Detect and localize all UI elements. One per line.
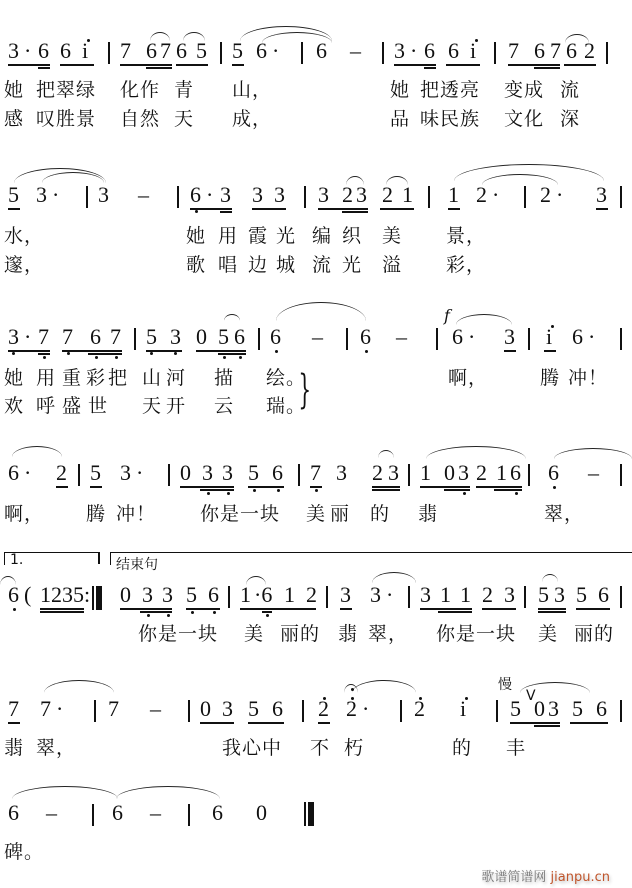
note: 3 xyxy=(394,40,405,62)
lyric: 用 xyxy=(218,226,238,246)
barline xyxy=(496,700,498,722)
underline xyxy=(420,486,470,488)
note: 2 xyxy=(476,184,487,206)
underline xyxy=(248,722,284,724)
dot: · xyxy=(24,40,31,62)
high-dot xyxy=(465,697,468,700)
barline xyxy=(304,186,306,208)
lyric: 水， xyxy=(4,226,44,246)
low-dot xyxy=(266,614,269,617)
dot: · xyxy=(24,326,31,348)
note: 2 xyxy=(482,584,493,606)
barline xyxy=(620,464,622,486)
underline xyxy=(508,64,560,66)
watermark: 歌谱简谱网 jianpu.cn xyxy=(481,866,610,885)
underline xyxy=(576,608,610,610)
note: 0 xyxy=(444,462,455,484)
note: 6 xyxy=(176,40,187,62)
barline xyxy=(177,186,179,208)
lyric: 化作 xyxy=(120,80,160,100)
dot: · xyxy=(556,184,563,206)
note: i xyxy=(470,40,476,62)
lyric: 味民族 xyxy=(420,109,480,129)
lyric: 云 xyxy=(214,396,234,416)
volta-label: 1. xyxy=(10,552,23,568)
lyric: 青 xyxy=(174,80,194,100)
note: 3 xyxy=(356,184,367,206)
dash: – xyxy=(150,802,161,824)
lyric: 翠， xyxy=(544,504,584,524)
low-dot xyxy=(147,614,150,617)
underline xyxy=(120,608,172,610)
underline xyxy=(444,489,470,491)
underline xyxy=(476,486,522,488)
final-barline-thin xyxy=(304,802,306,826)
lyric: 碑。 xyxy=(4,842,44,862)
barline xyxy=(494,42,496,64)
lyric: 邃， xyxy=(4,255,44,275)
ending-label: 结束句 xyxy=(116,554,158,574)
underline xyxy=(146,67,172,69)
lyric: 丰 xyxy=(506,738,526,758)
final-barline-thick xyxy=(308,802,314,826)
note: 6 xyxy=(256,40,267,62)
note: 5 xyxy=(538,584,549,606)
barline xyxy=(524,186,526,208)
rest: 0 xyxy=(256,802,267,824)
note: 6 xyxy=(566,40,577,62)
high-dot xyxy=(87,39,90,42)
underline xyxy=(340,608,352,610)
slur xyxy=(224,314,240,321)
lyric: 丽的 xyxy=(280,624,320,644)
underline xyxy=(240,608,316,610)
note: 3 xyxy=(252,184,263,206)
note: 2 xyxy=(540,184,551,206)
note: 0 xyxy=(180,462,191,484)
underline xyxy=(538,608,566,610)
note: 7 xyxy=(310,462,321,484)
underline xyxy=(318,722,330,724)
underline xyxy=(448,208,460,210)
underline xyxy=(248,486,284,488)
underline xyxy=(494,489,522,491)
note: 6 xyxy=(598,584,609,606)
note: 2 xyxy=(346,698,357,720)
lyric: 美 xyxy=(538,624,558,644)
note: 6 xyxy=(234,326,245,348)
note: 6 xyxy=(8,584,19,606)
barline xyxy=(528,464,530,486)
low-dot xyxy=(277,489,280,492)
lyric: 盛 xyxy=(62,396,82,416)
dot: · xyxy=(56,698,63,720)
lyric: 你是一块 xyxy=(138,624,218,644)
note: 5 xyxy=(572,698,583,720)
lyric: 翠， xyxy=(36,738,76,758)
underline xyxy=(510,722,560,724)
low-dot xyxy=(223,356,226,359)
dash: – xyxy=(150,698,161,720)
dot: · xyxy=(206,184,213,206)
note: 5 xyxy=(90,462,101,484)
lyric: 腾 xyxy=(540,368,560,388)
low-dot xyxy=(95,356,98,359)
note: 3 xyxy=(162,584,173,606)
underline xyxy=(38,67,50,69)
barline xyxy=(408,586,410,608)
slur xyxy=(352,680,416,693)
lyric: 把 xyxy=(108,368,128,388)
dash: – xyxy=(350,40,361,62)
dot: · xyxy=(24,462,31,484)
underline xyxy=(88,353,122,355)
low-dot xyxy=(43,356,46,359)
lyric: 流 xyxy=(312,255,332,275)
watermark-url[interactable]: jianpu.cn xyxy=(551,870,610,885)
note: 3 xyxy=(388,462,399,484)
low-dot xyxy=(315,489,318,492)
barline xyxy=(188,804,190,826)
barline xyxy=(92,804,94,826)
underline xyxy=(564,64,596,66)
note: 1 xyxy=(460,584,471,606)
note: 6 xyxy=(38,40,49,62)
low-dot xyxy=(67,352,70,355)
lyric: 把翠绿 xyxy=(36,80,96,100)
note: 1 xyxy=(420,462,431,484)
lyric: 重 xyxy=(62,368,82,388)
low-dot xyxy=(239,356,242,359)
lyric: 自然 xyxy=(120,109,160,129)
barline xyxy=(428,186,430,208)
underline xyxy=(252,208,286,210)
note: 1 xyxy=(448,184,459,206)
note: 3 xyxy=(8,326,19,348)
underline xyxy=(40,608,84,610)
lyric: 用 xyxy=(36,368,56,388)
note: 6 xyxy=(8,802,19,824)
repeat-barline xyxy=(92,586,94,610)
tempo-marking: 慢 xyxy=(498,674,512,694)
note: 6 xyxy=(272,698,283,720)
low-dot xyxy=(12,352,15,355)
note: 5 xyxy=(232,40,243,62)
note: 7 xyxy=(550,40,561,62)
lyric: 她 xyxy=(390,80,410,100)
note: 3 xyxy=(222,462,233,484)
underline xyxy=(180,486,234,488)
lyric: 深 xyxy=(560,109,580,129)
dot: · xyxy=(492,184,499,206)
low-dot xyxy=(174,352,177,355)
lyric: 流 xyxy=(560,80,580,100)
lyric: 世 xyxy=(88,396,108,416)
underline xyxy=(176,64,208,66)
underline xyxy=(200,489,234,491)
underline xyxy=(438,611,472,613)
note: 7 xyxy=(160,40,171,62)
barline xyxy=(346,328,348,350)
lyric: 啊， xyxy=(4,504,44,524)
underline xyxy=(8,64,50,66)
note: 6 xyxy=(146,40,157,62)
lyric: 翡 xyxy=(418,504,438,524)
barline xyxy=(78,464,80,486)
low-dot xyxy=(207,492,210,495)
note: 3 xyxy=(340,584,351,606)
lyric: 美 xyxy=(244,624,264,644)
note: 1 xyxy=(440,584,451,606)
lyric: 的 xyxy=(370,504,390,524)
note: 5 xyxy=(186,584,197,606)
underline xyxy=(40,611,84,613)
underline xyxy=(8,722,20,724)
note: 6 xyxy=(596,698,607,720)
underline xyxy=(504,350,516,352)
lyric: 织 xyxy=(342,226,362,246)
lyric: 溢 xyxy=(382,255,402,275)
dash: – xyxy=(588,462,599,484)
note: 6 xyxy=(8,462,19,484)
lyric: 边 xyxy=(248,255,268,275)
note: 6 xyxy=(316,40,327,62)
barline xyxy=(298,464,300,486)
lyric: 光 xyxy=(276,226,296,246)
underline xyxy=(120,64,172,66)
underline xyxy=(372,489,400,491)
lyric: 景， xyxy=(446,226,486,246)
watermark-site-name: 歌谱简谱网 xyxy=(481,870,546,885)
note: 3 xyxy=(458,462,469,484)
note: 1 xyxy=(284,584,295,606)
barline xyxy=(408,464,410,486)
lyric: 冲！ xyxy=(116,504,156,524)
note: 5 xyxy=(146,326,157,348)
underline xyxy=(534,67,560,69)
note: 0 xyxy=(196,326,207,348)
lyric: 翡 xyxy=(338,624,358,644)
lyric: 变成 xyxy=(504,80,544,100)
lyric: 啊， xyxy=(448,368,488,388)
note: 2 xyxy=(584,40,595,62)
underline xyxy=(38,353,50,355)
note: 3 xyxy=(98,184,109,206)
lyric: 把透亮 xyxy=(420,80,480,100)
note: 1 xyxy=(240,584,251,606)
underline xyxy=(232,64,244,66)
note: 3 xyxy=(8,40,19,62)
note: 6 xyxy=(270,326,281,348)
underline xyxy=(570,722,608,724)
note: 2 xyxy=(342,184,353,206)
barline xyxy=(301,42,303,64)
slur xyxy=(116,786,220,799)
repeat-barline-thick xyxy=(96,586,102,610)
note: 6 xyxy=(272,462,283,484)
lyric: 天 xyxy=(142,396,162,416)
note: 6 xyxy=(534,40,545,62)
note: i xyxy=(460,698,466,720)
note: 6 xyxy=(424,40,435,62)
note: 3 xyxy=(222,698,233,720)
note: 7 xyxy=(8,698,19,720)
note: 7 xyxy=(38,326,49,348)
note: 3 xyxy=(548,698,559,720)
note: 3 xyxy=(120,462,131,484)
lyric: 唱 xyxy=(218,255,238,275)
lyric: 彩 xyxy=(86,368,106,388)
underline xyxy=(60,64,94,66)
note: 2 xyxy=(318,698,329,720)
note: 2 xyxy=(56,462,67,484)
note: 6 xyxy=(112,802,123,824)
ending-bracket xyxy=(110,552,632,565)
note: 5 xyxy=(196,40,207,62)
slur xyxy=(426,446,526,459)
lyric: 不 xyxy=(310,738,330,758)
note: 7 xyxy=(40,698,51,720)
barline xyxy=(302,700,304,722)
underline xyxy=(196,350,246,352)
lyric: 山 xyxy=(142,368,162,388)
slur xyxy=(276,302,366,321)
barline xyxy=(188,700,190,722)
lyric: 腾 xyxy=(86,504,106,524)
lyric: 我心中 xyxy=(222,738,282,758)
dash: – xyxy=(46,802,57,824)
underline xyxy=(262,611,272,613)
underline xyxy=(534,725,560,727)
low-dot xyxy=(150,352,153,355)
low-dot xyxy=(213,611,216,614)
lyric: 品 xyxy=(390,109,410,129)
lyric: 叹胜景 xyxy=(36,109,96,129)
barline xyxy=(606,42,608,64)
dash: – xyxy=(396,326,407,348)
barline xyxy=(400,700,402,722)
note: 3 xyxy=(504,326,515,348)
note: 3 xyxy=(274,184,285,206)
note: 6 xyxy=(452,326,463,348)
note: 5 xyxy=(576,584,587,606)
low-dot xyxy=(195,210,198,213)
lyric: 山， xyxy=(232,80,272,100)
underline xyxy=(380,208,414,210)
note: 5 xyxy=(510,698,521,720)
high-dot xyxy=(419,697,422,700)
lyric: 她 xyxy=(186,226,206,246)
lyric: 文化 xyxy=(504,109,544,129)
brace: } xyxy=(298,370,311,410)
barline xyxy=(168,464,170,486)
low-dot xyxy=(275,350,278,353)
slur xyxy=(542,574,558,582)
note: 1 xyxy=(402,184,413,206)
slur xyxy=(378,450,394,458)
lyric: 成， xyxy=(232,109,272,129)
barline xyxy=(86,186,88,208)
underline xyxy=(218,353,246,355)
lyric: 丽 xyxy=(330,504,350,524)
lyric: 开 xyxy=(166,396,186,416)
barline xyxy=(258,328,260,350)
note: 0 xyxy=(534,698,545,720)
note: 3 xyxy=(504,584,515,606)
dot: · xyxy=(52,184,59,206)
underline xyxy=(596,208,608,210)
lyric: 欢 xyxy=(4,396,24,416)
dot: · xyxy=(588,326,595,348)
note: 5 xyxy=(248,462,259,484)
dash: – xyxy=(138,184,149,206)
barline xyxy=(620,186,622,208)
barline xyxy=(326,586,328,608)
note: 6 xyxy=(548,462,559,484)
underline xyxy=(56,486,68,488)
underline xyxy=(318,208,368,210)
underline xyxy=(90,486,102,488)
underline xyxy=(424,67,436,69)
barline xyxy=(94,700,96,722)
lyric: 编 xyxy=(312,226,332,246)
note: 3 xyxy=(220,184,231,206)
barline xyxy=(620,328,622,350)
lyric: 霞 xyxy=(248,226,268,246)
note: 7 xyxy=(62,326,73,348)
lyric: 彩， xyxy=(446,255,486,275)
note: 5 xyxy=(8,184,19,206)
lyric: 光 xyxy=(342,255,362,275)
note: 2 xyxy=(382,184,393,206)
slur xyxy=(554,448,632,459)
note: 3 xyxy=(142,584,153,606)
barline xyxy=(134,328,136,350)
high-dot xyxy=(351,697,354,700)
high-dot xyxy=(323,697,326,700)
dot: · xyxy=(410,40,417,62)
lyric: 翠， xyxy=(368,624,408,644)
low-dot xyxy=(227,492,230,495)
barline xyxy=(620,586,622,608)
note: 3 xyxy=(420,584,431,606)
note: 7 xyxy=(120,40,131,62)
note: ·6 xyxy=(254,584,272,606)
slur xyxy=(12,446,62,457)
barline xyxy=(228,586,230,608)
barline xyxy=(108,42,110,64)
barline xyxy=(382,42,384,64)
barline xyxy=(524,586,526,608)
lyric: 河 xyxy=(166,368,186,388)
paren: ( xyxy=(24,584,31,606)
lyric: 丽的 xyxy=(574,624,614,644)
dot: · xyxy=(272,40,279,62)
note: 6 xyxy=(60,40,71,62)
note: 7 xyxy=(508,40,519,62)
underline xyxy=(544,350,556,352)
high-dot xyxy=(475,39,478,42)
underline xyxy=(394,64,436,66)
dot: · xyxy=(468,326,475,348)
note: 6 xyxy=(510,462,521,484)
low-dot xyxy=(167,614,170,617)
underline xyxy=(200,722,234,724)
note: 3 xyxy=(318,184,329,206)
note: 6 xyxy=(360,326,371,348)
note: 3 xyxy=(336,462,347,484)
note: 6 xyxy=(212,802,223,824)
